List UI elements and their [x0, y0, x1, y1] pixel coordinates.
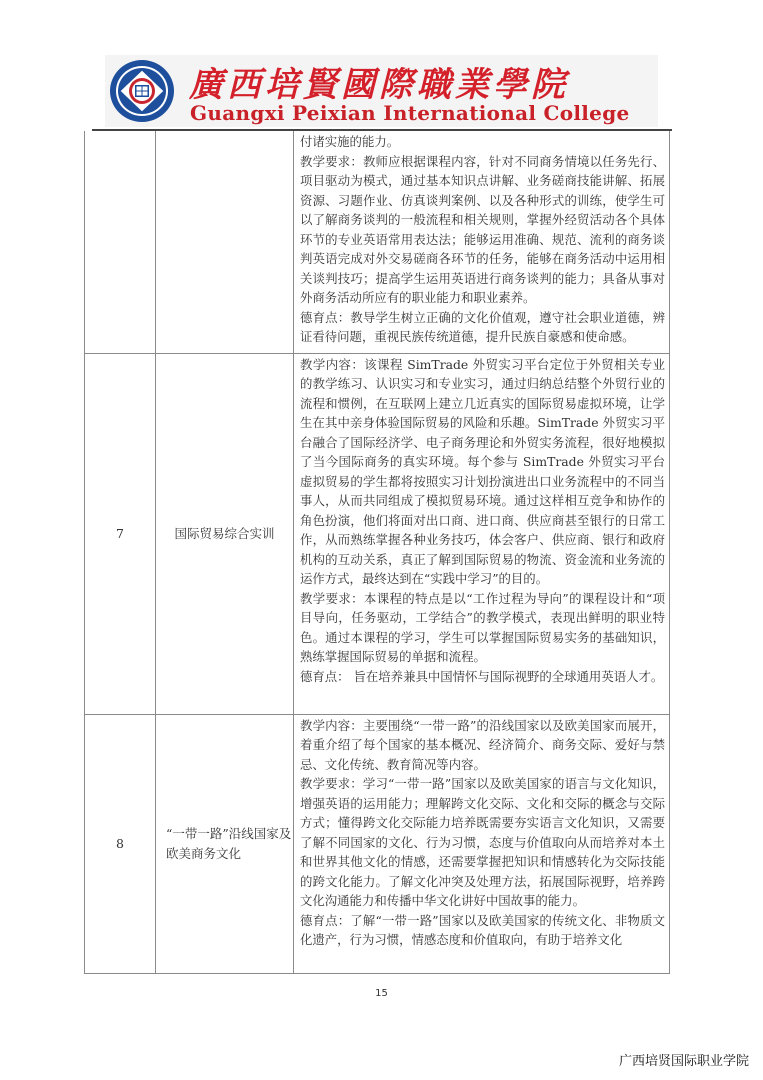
course-name-cell [156, 131, 294, 353]
teaching-requirements: 教学要求：教师应根据课程内容，针对不同商务情境以任务先行、项目驱动为模式，通过基… [300, 152, 665, 308]
table-row: 付诸实施的能力。 教学要求：教师应根据课程内容，针对不同商务情境以任务先行、项目… [85, 131, 670, 353]
course-table: 付诸实施的能力。 教学要求：教师应根据课程内容，针对不同商务情境以任务先行、项目… [84, 131, 670, 974]
footer-institution-name: 广西培贤国际职业学院 [619, 1050, 749, 1069]
moral-education-point: 德育点：教导学生树立正确的文化价值观，遵守社会职业道德，辨证看待问题，重视民族传… [300, 308, 665, 347]
page-number: 15 [0, 988, 763, 999]
teaching-requirements: 教学要求：本课程的特点是以“工作过程为导向”的课程设计和“项目导向，任务驱动，工… [300, 589, 665, 667]
description-paragraph: 付诸实施的能力。 [300, 132, 665, 152]
course-number-cell: 8 [85, 714, 156, 973]
college-header-banner: 廣西培賢國際職業學院 Guangxi Peixian International… [105, 55, 658, 127]
course-name-cell: “一带一路”沿线国家及欧美商务文化 [156, 714, 294, 973]
table-row: 8 “一带一路”沿线国家及欧美商务文化 教学内容：主要围绕“一带一路”的沿线国家… [85, 714, 670, 973]
table-row: 7 国际贸易综合实训 教学内容：该课程 SimTrade 外贸实习平台定位于外贸… [85, 353, 670, 714]
course-description-cell: 付诸实施的能力。 教学要求：教师应根据课程内容，针对不同商务情境以任务先行、项目… [294, 131, 670, 353]
teaching-requirements: 教学要求：学习“一带一路”国家以及欧美国家的语言与文化知识，增强英语的运用能力；… [300, 774, 665, 911]
course-number-cell [85, 131, 156, 353]
course-name-cell: 国际贸易综合实训 [156, 353, 294, 714]
course-description-cell: 教学内容：该课程 SimTrade 外贸实习平台定位于外贸相关专业的教学练习、认… [294, 353, 670, 714]
course-description-cell: 教学内容：主要围绕“一带一路”的沿线国家以及欧美国家而展开，着重介绍了每个国家的… [294, 714, 670, 973]
teaching-content: 教学内容：主要围绕“一带一路”的沿线国家以及欧美国家而展开，着重介绍了每个国家的… [300, 716, 665, 775]
college-chinese-name: 廣西培賢國際職業學院 [189, 57, 569, 106]
course-number-cell: 7 [85, 353, 156, 714]
college-english-name: Guangxi Peixian International College [190, 101, 630, 125]
moral-education-point: 德育点： 旨在培养兼具中国情怀与国际视野的全球通用英语人才。 [300, 667, 665, 687]
college-emblem-icon [109, 58, 175, 124]
moral-education-point: 德育点：了解“一带一路”国家以及欧美国家的传统文化、非物质文化遗产，行为习惯，情… [300, 911, 665, 950]
teaching-content: 教学内容：该课程 SimTrade 外贸实习平台定位于外贸相关专业的教学练习、认… [300, 355, 665, 589]
